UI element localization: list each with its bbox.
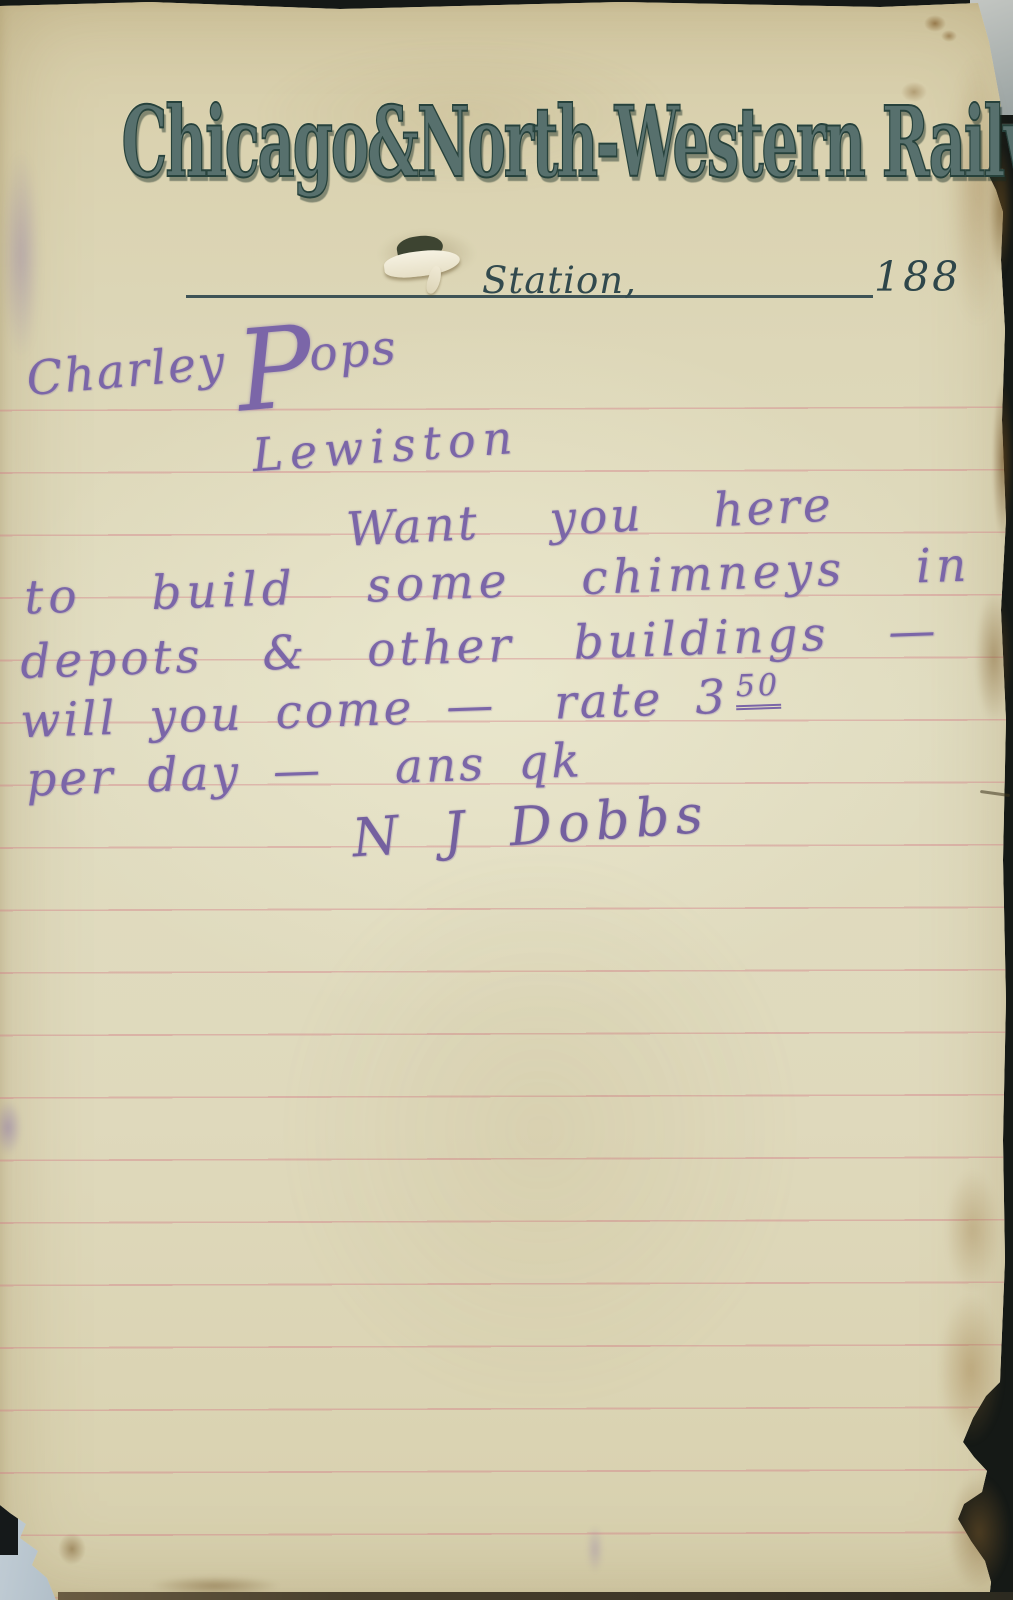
letterhead-company-name: Chicago&North-Western Railway Co.	[122, 94, 892, 191]
stain	[948, 1475, 1010, 1590]
stain	[992, 380, 1013, 540]
stain	[924, 15, 946, 32]
recipient-last-name-rest: ops	[307, 320, 400, 383]
pencil-smudge	[2, 150, 40, 360]
body-line-5-per-day: per day —	[25, 742, 324, 807]
body-line-4-rate-cents: 50	[735, 668, 781, 711]
pencil-smudge	[586, 1525, 604, 1573]
stain	[280, 850, 800, 1410]
stain	[975, 592, 1013, 722]
letter-scan: Chicago&North-Western Railway Co. Statio…	[0, 0, 1013, 1600]
year-prefix: 188	[874, 253, 961, 301]
station-label: Station,	[482, 259, 637, 302]
stain	[58, 1533, 86, 1565]
stain	[941, 30, 957, 42]
stain	[938, 1295, 1003, 1445]
stain	[945, 1170, 1000, 1290]
recipient-ornate-initial: P	[231, 301, 319, 437]
body-line-4-rate: rate 3	[553, 670, 729, 731]
body-line-5-answer-quick: ans qk	[394, 733, 584, 795]
bottom-page-edge-shadow	[58, 1592, 1013, 1600]
